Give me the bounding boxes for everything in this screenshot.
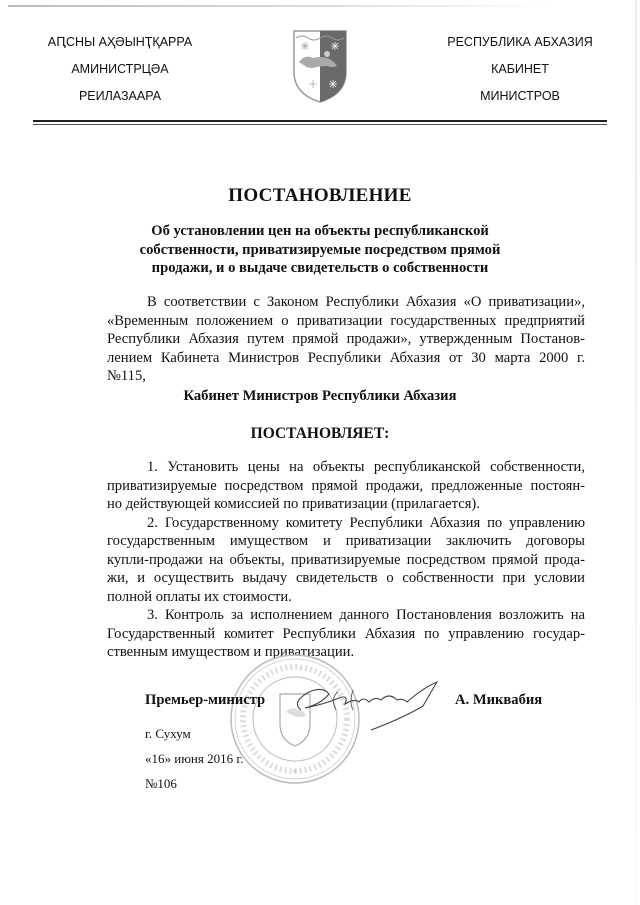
item-2-line: полной оплаты их стоимости. [107, 588, 585, 607]
item-2-line: государственным имуществом и приватизаци… [107, 532, 585, 551]
text-line: Республики Абхазия путем прямой продажи»… [107, 330, 585, 349]
header-divider-secondary [33, 124, 607, 125]
subject-line: Об установлении цен на объекты республик… [120, 222, 520, 241]
scan-edge-top [8, 5, 548, 7]
signatory-name: А. Миквабия [455, 692, 542, 709]
text-line: лением Кабинета Министров Республики Абх… [107, 349, 585, 368]
item-3-line: 3. Контроль за исполнением данного Поста… [107, 606, 585, 625]
header-line: КАБИНЕТ [420, 59, 620, 86]
issuer: Кабинет Министров Республики Абхазия [0, 388, 640, 405]
signatory-position: Премьер-министр [145, 692, 265, 709]
header-line: РЕИЛАЗААРА [20, 86, 220, 113]
subject-line: продажи, и о выдаче свидетельств о собст… [120, 259, 520, 278]
item-2-line: жи, и осуществить выдачу свидетельств о … [107, 569, 585, 588]
coat-of-arms-icon [291, 28, 349, 104]
item-2-line: купли-продажи на объекты, приватизируемы… [107, 551, 585, 570]
header-line: МИНИСТРОВ [420, 86, 620, 113]
header-line: АМИНИСТРЦӘА [20, 59, 220, 86]
header-russian: РЕСПУБЛИКА АБХАЗИЯ КАБИНЕТ МИНИСТРОВ [420, 32, 620, 113]
resolves-heading: ПОСТАНОВЛЯЕТ: [0, 425, 640, 443]
header-divider [33, 120, 607, 122]
header-line: АԤСНЫ АҲӘЫНҬҚАРРА [20, 32, 220, 59]
text-line: В соответствии с Законом Республики Абха… [107, 293, 585, 312]
scan-edge-right [635, 0, 637, 905]
document-date: «16» июня 2016 г. [145, 751, 243, 767]
document-title: ПОСТАНОВЛЕНИЕ [0, 185, 640, 207]
item-1-line: приватизируемые посредством прямой прода… [107, 477, 585, 496]
item-1-line: 1. Установить цены на объекты республика… [107, 458, 585, 477]
preamble: В соответствии с Законом Республики Абха… [107, 293, 585, 386]
svg-text:*: * [293, 768, 298, 778]
document-number: №106 [145, 776, 177, 792]
header-abkhaz: АԤСНЫ АҲӘЫНҬҚАРРА АМИНИСТРЦӘА РЕИЛАЗААРА [20, 32, 220, 113]
item-1-line: но действующей комиссией по приватизации… [107, 495, 585, 514]
header-line: РЕСПУБЛИКА АБХАЗИЯ [420, 32, 620, 59]
text-line: «Временным положением о приватизации гос… [107, 312, 585, 331]
place: г. Сухум [145, 726, 191, 742]
item-3-line: Государственный комитет Республики Абхаз… [107, 625, 585, 644]
document-subject: Об установлении цен на объекты республик… [120, 222, 520, 278]
item-2-line: 2. Государственному комитету Республики … [107, 514, 585, 533]
handwritten-signature-icon [283, 670, 463, 740]
resolution-items: 1. Установить цены на объекты республика… [107, 458, 585, 662]
subject-line: собственности, приватизируемые посредств… [120, 241, 520, 260]
text-line: №115, [107, 367, 585, 386]
